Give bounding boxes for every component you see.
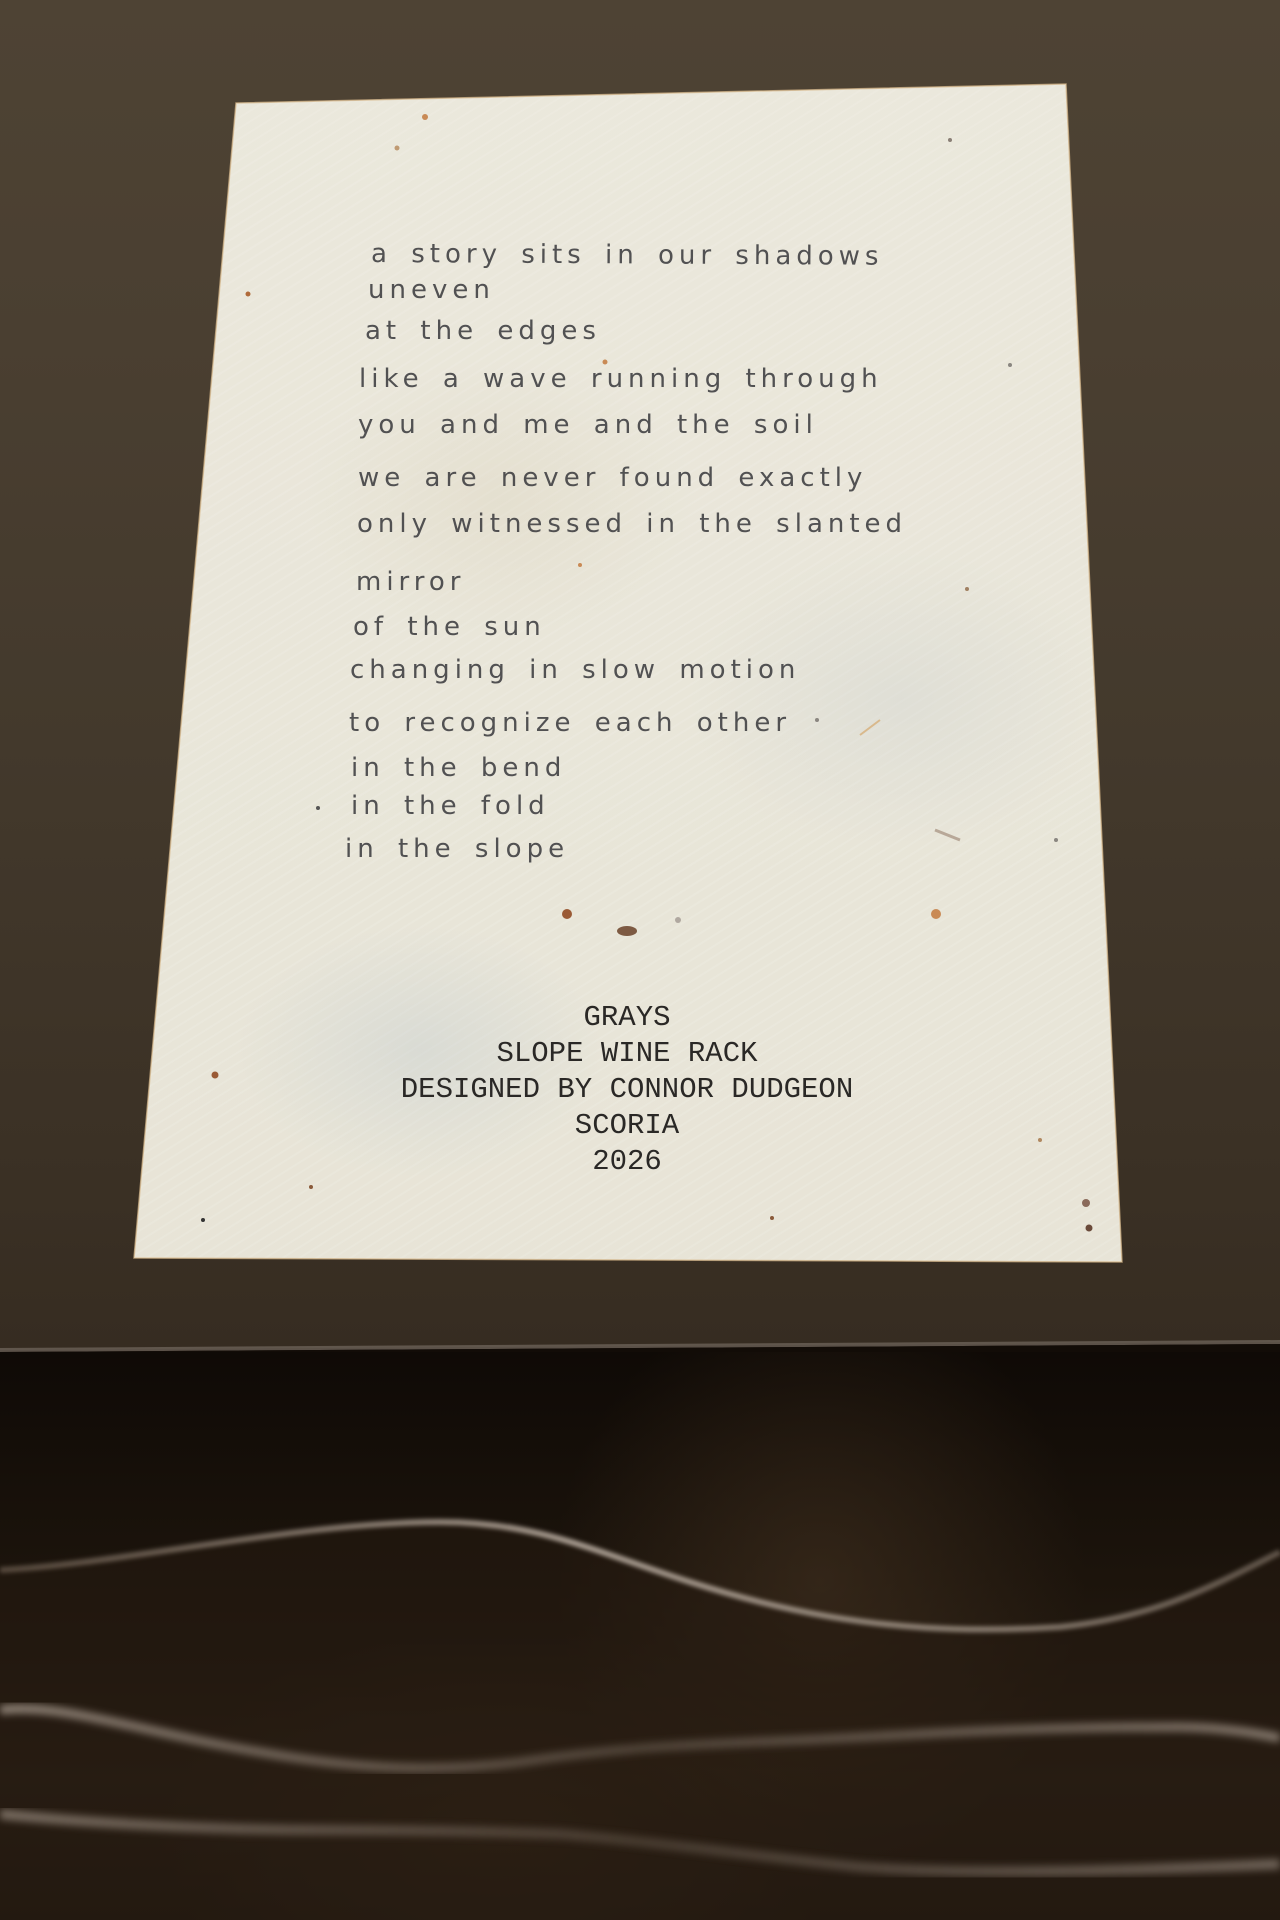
photo-scene: a story sits in our shadows uneven at th…: [0, 0, 1280, 1920]
wave-shelf-curves: [0, 1352, 1280, 1920]
wine-rack-wave-shelves: [0, 1352, 1280, 1920]
